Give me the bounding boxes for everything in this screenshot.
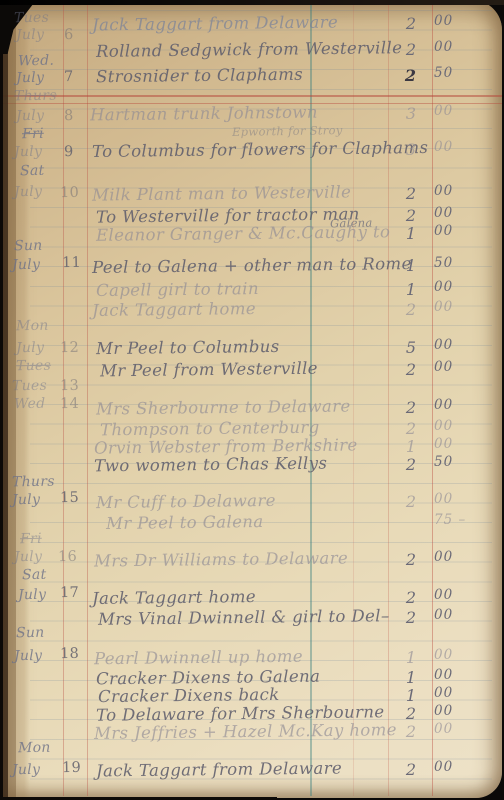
entry-description: Mr Peel from Westerville bbox=[100, 359, 318, 381]
entry-amount-cents: 00 bbox=[434, 183, 453, 199]
entry-description: Jack Taggart from Delaware bbox=[92, 12, 338, 34]
entry-amount-cents: 00 bbox=[434, 418, 453, 434]
entry-amount-cents: 50 bbox=[434, 454, 453, 470]
entry-description: Two women to Chas Kellys bbox=[94, 454, 327, 476]
entry-description: Eleanor Granger & Mc.Caughy to bbox=[96, 222, 391, 245]
entry-amount-cents: 00 bbox=[434, 587, 453, 603]
entry-amount-dollars: 2 bbox=[392, 14, 416, 33]
ledger-row: Mr Peel to Galena 75 – bbox=[0, 513, 504, 535]
ledger-row: To Columbus for flowers for Claphams 3 0… bbox=[0, 140, 504, 162]
entry-description: Hartman trunk Johnstown bbox=[90, 103, 318, 125]
ledger-row: Hartman trunk Johnstown 3 00 bbox=[0, 104, 504, 126]
entry-amount-cents: 00 bbox=[434, 103, 453, 119]
ledger-row: Eleanor Granger & Mc.Caughy to 1 00 bbox=[0, 224, 504, 246]
entry-amount-dollars: 2 bbox=[392, 492, 416, 511]
margin-note: Thurs bbox=[14, 88, 57, 105]
entry-amount-dollars: 1 bbox=[392, 437, 416, 456]
entry-amount-dollars: 2 bbox=[392, 206, 416, 225]
entry-amount-dollars: 1 bbox=[392, 668, 416, 687]
entry-amount-cents: 00 bbox=[434, 279, 453, 295]
entry-amount-dollars: 5 bbox=[392, 338, 416, 357]
entry-description: Pearl Dwinnell up home bbox=[94, 647, 303, 669]
entry-amount-cents: 00 bbox=[434, 667, 453, 683]
entry-amount-dollars: 2 bbox=[392, 455, 416, 474]
ledger-row: Two women to Chas Kellys 2 50 bbox=[0, 455, 504, 477]
ledger-row: Mr Peel from Westerville 2 00 bbox=[0, 360, 504, 382]
entry-amount-cents: 50 bbox=[434, 65, 453, 81]
entry-description: Mrs Jeffries + Hazel Mc.Kay home bbox=[94, 720, 397, 743]
ledger-row: Mrs Vinal Dwinnell & girl to Del– 2 00 bbox=[0, 608, 504, 630]
entry-amount-dollars: 1 bbox=[392, 648, 416, 667]
entry-amount-cents: 00 bbox=[434, 549, 453, 565]
entry-amount-cents: 00 bbox=[434, 205, 453, 221]
entry-description: Mrs Vinal Dwinnell & girl to Del– bbox=[98, 606, 390, 629]
entry-description: Jack Taggart home bbox=[92, 299, 256, 320]
entry-description: Mrs Sherbourne to Delaware bbox=[96, 396, 351, 418]
entry-amount-dollars: 3 bbox=[392, 140, 416, 159]
entry-amount-dollars: 2 bbox=[392, 608, 416, 627]
entry-amount-cents: 00 bbox=[434, 359, 453, 375]
entry-description: Mrs Dr Williams to Delaware bbox=[94, 548, 348, 570]
entry-amount-dollars: 2 bbox=[392, 40, 416, 59]
entry-amount-cents: 00 bbox=[434, 223, 453, 239]
ledger-row: Mrs Dr Williams to Delaware 2 00 bbox=[0, 550, 504, 572]
entry-amount-cents: 00 bbox=[434, 607, 453, 623]
entry-amount-cents: 00 bbox=[434, 436, 453, 452]
entry-amount-cents: 00 bbox=[434, 397, 453, 413]
ledger-row: Jack Taggart home 2 00 bbox=[0, 588, 504, 610]
entry-description: Capell girl to train bbox=[96, 279, 259, 300]
entry-description: Mr Cuff to Delaware bbox=[96, 491, 276, 512]
entry-description: Milk Plant man to Westerville bbox=[92, 182, 351, 204]
entry-amount-cents: 00 bbox=[434, 337, 453, 353]
ledger-row: Strosnider to Claphams 2 50 bbox=[0, 66, 504, 88]
ledger-row: Milk Plant man to Westerville 2 00 bbox=[0, 184, 504, 206]
entry-amount-dollars: 2 bbox=[392, 550, 416, 569]
entry-description: Jack Taggart from Delaware bbox=[96, 758, 342, 780]
entry-description: Mr Peel to Galena bbox=[106, 512, 264, 533]
entry-amount-cents: 00 bbox=[434, 685, 453, 701]
entry-amount-dollars: 2 bbox=[392, 184, 416, 203]
margin-note: Sat bbox=[20, 163, 45, 179]
entry-description: To Columbus for flowers for Claphams bbox=[92, 138, 429, 161]
ledger-row: Peel to Galena + other man to Rome 1 50 bbox=[0, 256, 504, 278]
entry-amount-cents: 00 bbox=[434, 13, 453, 29]
ledger-row: Mr Cuff to Delaware 2 00 bbox=[0, 492, 504, 514]
entry-amount-dollars: 1 bbox=[392, 256, 416, 275]
entry-amount-cents: 00 bbox=[434, 721, 453, 737]
entry-description: Peel to Galena + other man to Rome bbox=[92, 254, 412, 277]
entry-amount-cents: 00 bbox=[434, 299, 453, 315]
ledger-row: Mrs Sherbourne to Delaware 2 00 bbox=[0, 398, 504, 420]
entry-amount-dollars: 2 bbox=[392, 588, 416, 607]
entry-amount-dollars: 1 bbox=[392, 280, 416, 299]
entry-amount-dollars: 2 bbox=[392, 66, 416, 85]
entry-amount-dollars: 2 bbox=[392, 398, 416, 417]
entry-description: Rolland Sedgwick from Westerville bbox=[96, 38, 403, 61]
entry-amount-dollars: 2 bbox=[392, 419, 416, 438]
entry-amount-dollars: 2 bbox=[392, 760, 416, 779]
entry-amount-cents: 00 bbox=[434, 39, 453, 55]
ledger-photo: TuesJuly6Wed.July7ThursJuly8FriJuly9SatJ… bbox=[0, 0, 504, 800]
entry-amount-cents: 75 – bbox=[434, 512, 466, 528]
entry-amount-dollars: 1 bbox=[392, 224, 416, 243]
ledger-row: Jack Taggart home 2 00 bbox=[0, 300, 504, 322]
entry-amount-dollars: 2 bbox=[392, 300, 416, 319]
ledger-row: Mrs Jeffries + Hazel Mc.Kay home 2 00 bbox=[0, 722, 504, 744]
entry-description: Jack Taggart home bbox=[92, 587, 256, 608]
entry-amount-cents: 00 bbox=[434, 759, 453, 775]
entry-amount-cents: 00 bbox=[434, 647, 453, 663]
entry-amount-cents: 00 bbox=[434, 491, 453, 507]
ledger-row: Jack Taggart from Delaware 2 00 bbox=[0, 14, 504, 36]
entry-description: Strosnider to Claphams bbox=[96, 65, 303, 87]
ledger-row: Rolland Sedgwick from Westerville 2 00 bbox=[0, 40, 504, 62]
entry-amount-dollars: 3 bbox=[392, 104, 416, 123]
entry-amount-dollars: 1 bbox=[392, 686, 416, 705]
entry-amount-cents: 50 bbox=[434, 255, 453, 271]
page-top-edge bbox=[0, 0, 504, 5]
ledger-row: Jack Taggart from Delaware 2 00 bbox=[0, 760, 504, 782]
entry-amount-cents: 00 bbox=[434, 703, 453, 719]
entry-amount-dollars: 2 bbox=[392, 360, 416, 379]
entry-amount-cents: 00 bbox=[434, 139, 453, 155]
ledger-row: Mr Peel to Columbus 5 00 bbox=[0, 338, 504, 360]
entry-amount-dollars: 2 bbox=[392, 722, 416, 741]
entry-description: Mr Peel to Columbus bbox=[96, 337, 280, 358]
